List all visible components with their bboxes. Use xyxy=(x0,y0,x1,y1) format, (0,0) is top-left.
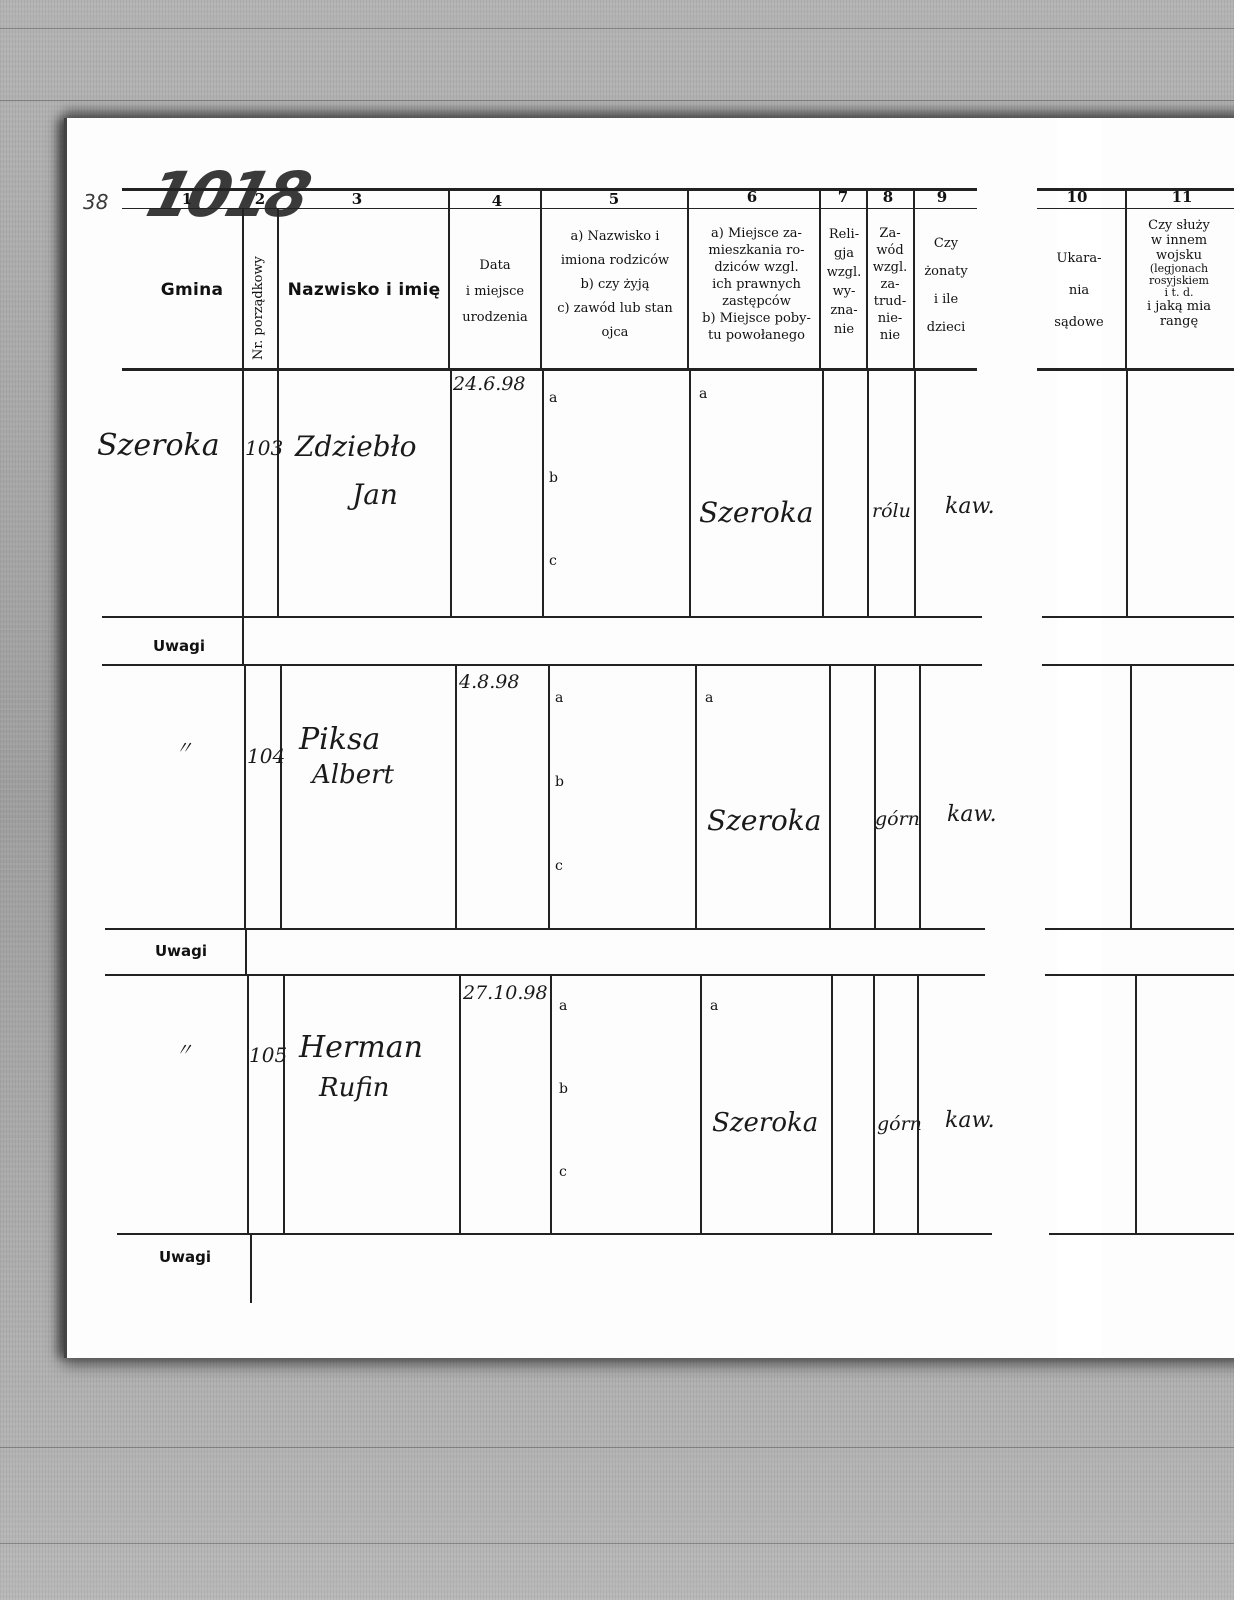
header-num-rule-right xyxy=(1037,208,1234,209)
entry-birth-date: 24.6.98 xyxy=(453,373,526,395)
column-number-9: 9 xyxy=(927,188,957,206)
scan-artifact xyxy=(0,1447,1234,1448)
row-divider xyxy=(242,368,244,618)
column-number-11: 11 xyxy=(1157,188,1207,206)
column-number-6: 6 xyxy=(732,188,772,206)
sub-label-c: c xyxy=(555,858,563,874)
remarks-rule xyxy=(117,1233,992,1235)
entry-marital-status: kaw. xyxy=(945,1108,995,1133)
remarks-rule xyxy=(1045,974,1234,976)
entry-nr: 103 xyxy=(245,436,283,460)
column-number-10: 10 xyxy=(1052,188,1102,206)
remarks-rule xyxy=(1042,616,1234,618)
row-divider xyxy=(831,976,833,1234)
header-divider xyxy=(540,188,542,368)
sub-label-a: a xyxy=(710,998,718,1014)
entry-given-name: Rufin xyxy=(319,1073,389,1103)
scan-artifact xyxy=(0,28,1234,29)
column-number-3: 3 xyxy=(337,190,377,208)
row-divider xyxy=(277,368,279,618)
entry-given-name: Jan xyxy=(352,478,398,511)
header-divider xyxy=(448,188,450,368)
row-divider xyxy=(700,976,702,1234)
header-num-rule xyxy=(122,208,977,209)
remarks-rule xyxy=(105,974,985,976)
entry-birth-date: 27.10.98 xyxy=(463,982,548,1004)
header-divider xyxy=(242,208,244,368)
row-divider xyxy=(1130,666,1132,928)
entry-birth-date: 4.8.98 xyxy=(459,671,519,693)
entry-residence: Szeroka xyxy=(707,804,821,837)
header-ukarania: Ukara- nia sądowe xyxy=(1039,243,1119,339)
column-number-4: 4 xyxy=(477,192,517,210)
row-divider xyxy=(542,368,544,618)
remarks-label: Uwagi xyxy=(159,1248,211,1266)
entry-surname: Herman xyxy=(299,1030,423,1065)
page-number: 38 xyxy=(83,190,108,214)
header-divider xyxy=(866,188,868,368)
row-divider xyxy=(822,368,824,618)
entry-residence: Szeroka xyxy=(712,1108,818,1138)
header-zawod: Za- wód wzgl. za- trud- nie- nie xyxy=(868,225,912,344)
row-divider xyxy=(873,976,875,1234)
sub-label-b: b xyxy=(549,470,558,486)
row-divider xyxy=(244,666,246,928)
sub-label-a: a xyxy=(705,690,713,706)
header-nr-porzadkowy: Nr. porządkowy xyxy=(251,256,266,360)
sub-label-a: a xyxy=(559,998,567,1014)
entry-given-name: Albert xyxy=(312,760,394,790)
header-divider xyxy=(819,188,821,368)
header-gmina: Gmina xyxy=(137,283,247,298)
entry-gmina: Szeroka xyxy=(97,428,220,463)
entry-nr: 104 xyxy=(247,744,285,768)
remarks-divider xyxy=(245,930,247,974)
sub-label-a: a xyxy=(699,386,707,402)
header-bottom-rule xyxy=(122,368,977,371)
row-divider xyxy=(550,976,552,1234)
entry-occupation: górn xyxy=(877,1113,922,1135)
entry-gmina-ditto: 〃 xyxy=(175,1036,193,1062)
entry-occupation: rólu xyxy=(872,500,911,522)
row-divider xyxy=(280,666,282,928)
header-stan-cywilny: Czy żonaty i ile dzieci xyxy=(915,230,977,342)
entry-marital-status: kaw. xyxy=(947,802,997,827)
header-divider xyxy=(277,208,279,368)
scan-artifact xyxy=(0,1543,1234,1544)
remarks-label: Uwagi xyxy=(155,942,207,960)
remarks-label: Uwagi xyxy=(153,637,205,655)
header-divider xyxy=(1125,188,1127,368)
column-number-7: 7 xyxy=(830,188,856,206)
row-divider xyxy=(247,976,249,1234)
sub-label-c: c xyxy=(549,553,557,569)
row-divider xyxy=(914,368,916,618)
remarks-rule xyxy=(1042,664,1234,666)
sub-label-b: b xyxy=(559,1081,568,1097)
entry-surname: Piksa xyxy=(299,722,380,757)
row-divider xyxy=(450,368,452,618)
row-divider xyxy=(829,666,831,928)
column-number-2: 2 xyxy=(245,190,275,208)
column-number-1: 1 xyxy=(167,190,207,208)
entry-residence: Szeroka xyxy=(699,496,813,529)
row-divider xyxy=(917,976,919,1234)
sub-label-b: b xyxy=(555,774,564,790)
header-divider xyxy=(913,188,915,368)
scan-artifact xyxy=(0,100,1234,101)
row-divider xyxy=(548,666,550,928)
header-miejsce-zamieszkania: a) Miejsce za- mieszkania ro- dziców wzg… xyxy=(689,225,824,344)
sub-label-c: c xyxy=(559,1164,567,1180)
row-divider xyxy=(874,666,876,928)
row-divider xyxy=(867,368,869,618)
row-divider xyxy=(695,666,697,928)
row-divider xyxy=(459,976,461,1234)
remarks-rule xyxy=(102,664,982,666)
register-page: 38 1018 1 2 3 4 5 6 7 8 9 10 11 Gmina Nr… xyxy=(64,118,1234,1358)
remarks-rule xyxy=(105,928,985,930)
header-inne-wojsko: Czy służy w innem wojsku (legjonach rosy… xyxy=(1129,218,1229,329)
header-rodzice: a) Nazwisko i imiona rodziców b) czy żyj… xyxy=(541,225,689,345)
sub-label-a: a xyxy=(555,690,563,706)
column-number-8: 8 xyxy=(875,188,901,206)
header-nazwisko-imie: Nazwisko i imię xyxy=(279,283,449,298)
entry-marital-status: kaw. xyxy=(945,494,995,519)
remarks-rule xyxy=(1045,928,1234,930)
row-divider xyxy=(455,666,457,928)
sub-label-a: a xyxy=(549,390,557,406)
entry-gmina-ditto: 〃 xyxy=(175,734,193,760)
header-bottom-rule-right xyxy=(1037,368,1234,371)
row-divider xyxy=(1126,368,1128,618)
column-number-5: 5 xyxy=(594,190,634,208)
header-divider xyxy=(687,188,689,368)
row-divider xyxy=(689,368,691,618)
remarks-rule xyxy=(1049,1233,1234,1235)
remarks-divider xyxy=(242,618,244,664)
row-divider xyxy=(919,666,921,928)
remarks-divider xyxy=(250,1235,252,1303)
header-religia: Reli- gja wzgl. wy- zna- nie xyxy=(821,225,867,339)
row-divider xyxy=(283,976,285,1234)
entry-occupation: górn xyxy=(875,808,920,830)
header-data-urodzenia: Data i miejsce urodzenia xyxy=(450,253,540,331)
remarks-rule xyxy=(102,616,982,618)
row-divider xyxy=(1135,976,1137,1234)
entry-surname: Zdziebło xyxy=(295,430,417,463)
entry-nr: 105 xyxy=(249,1043,287,1067)
